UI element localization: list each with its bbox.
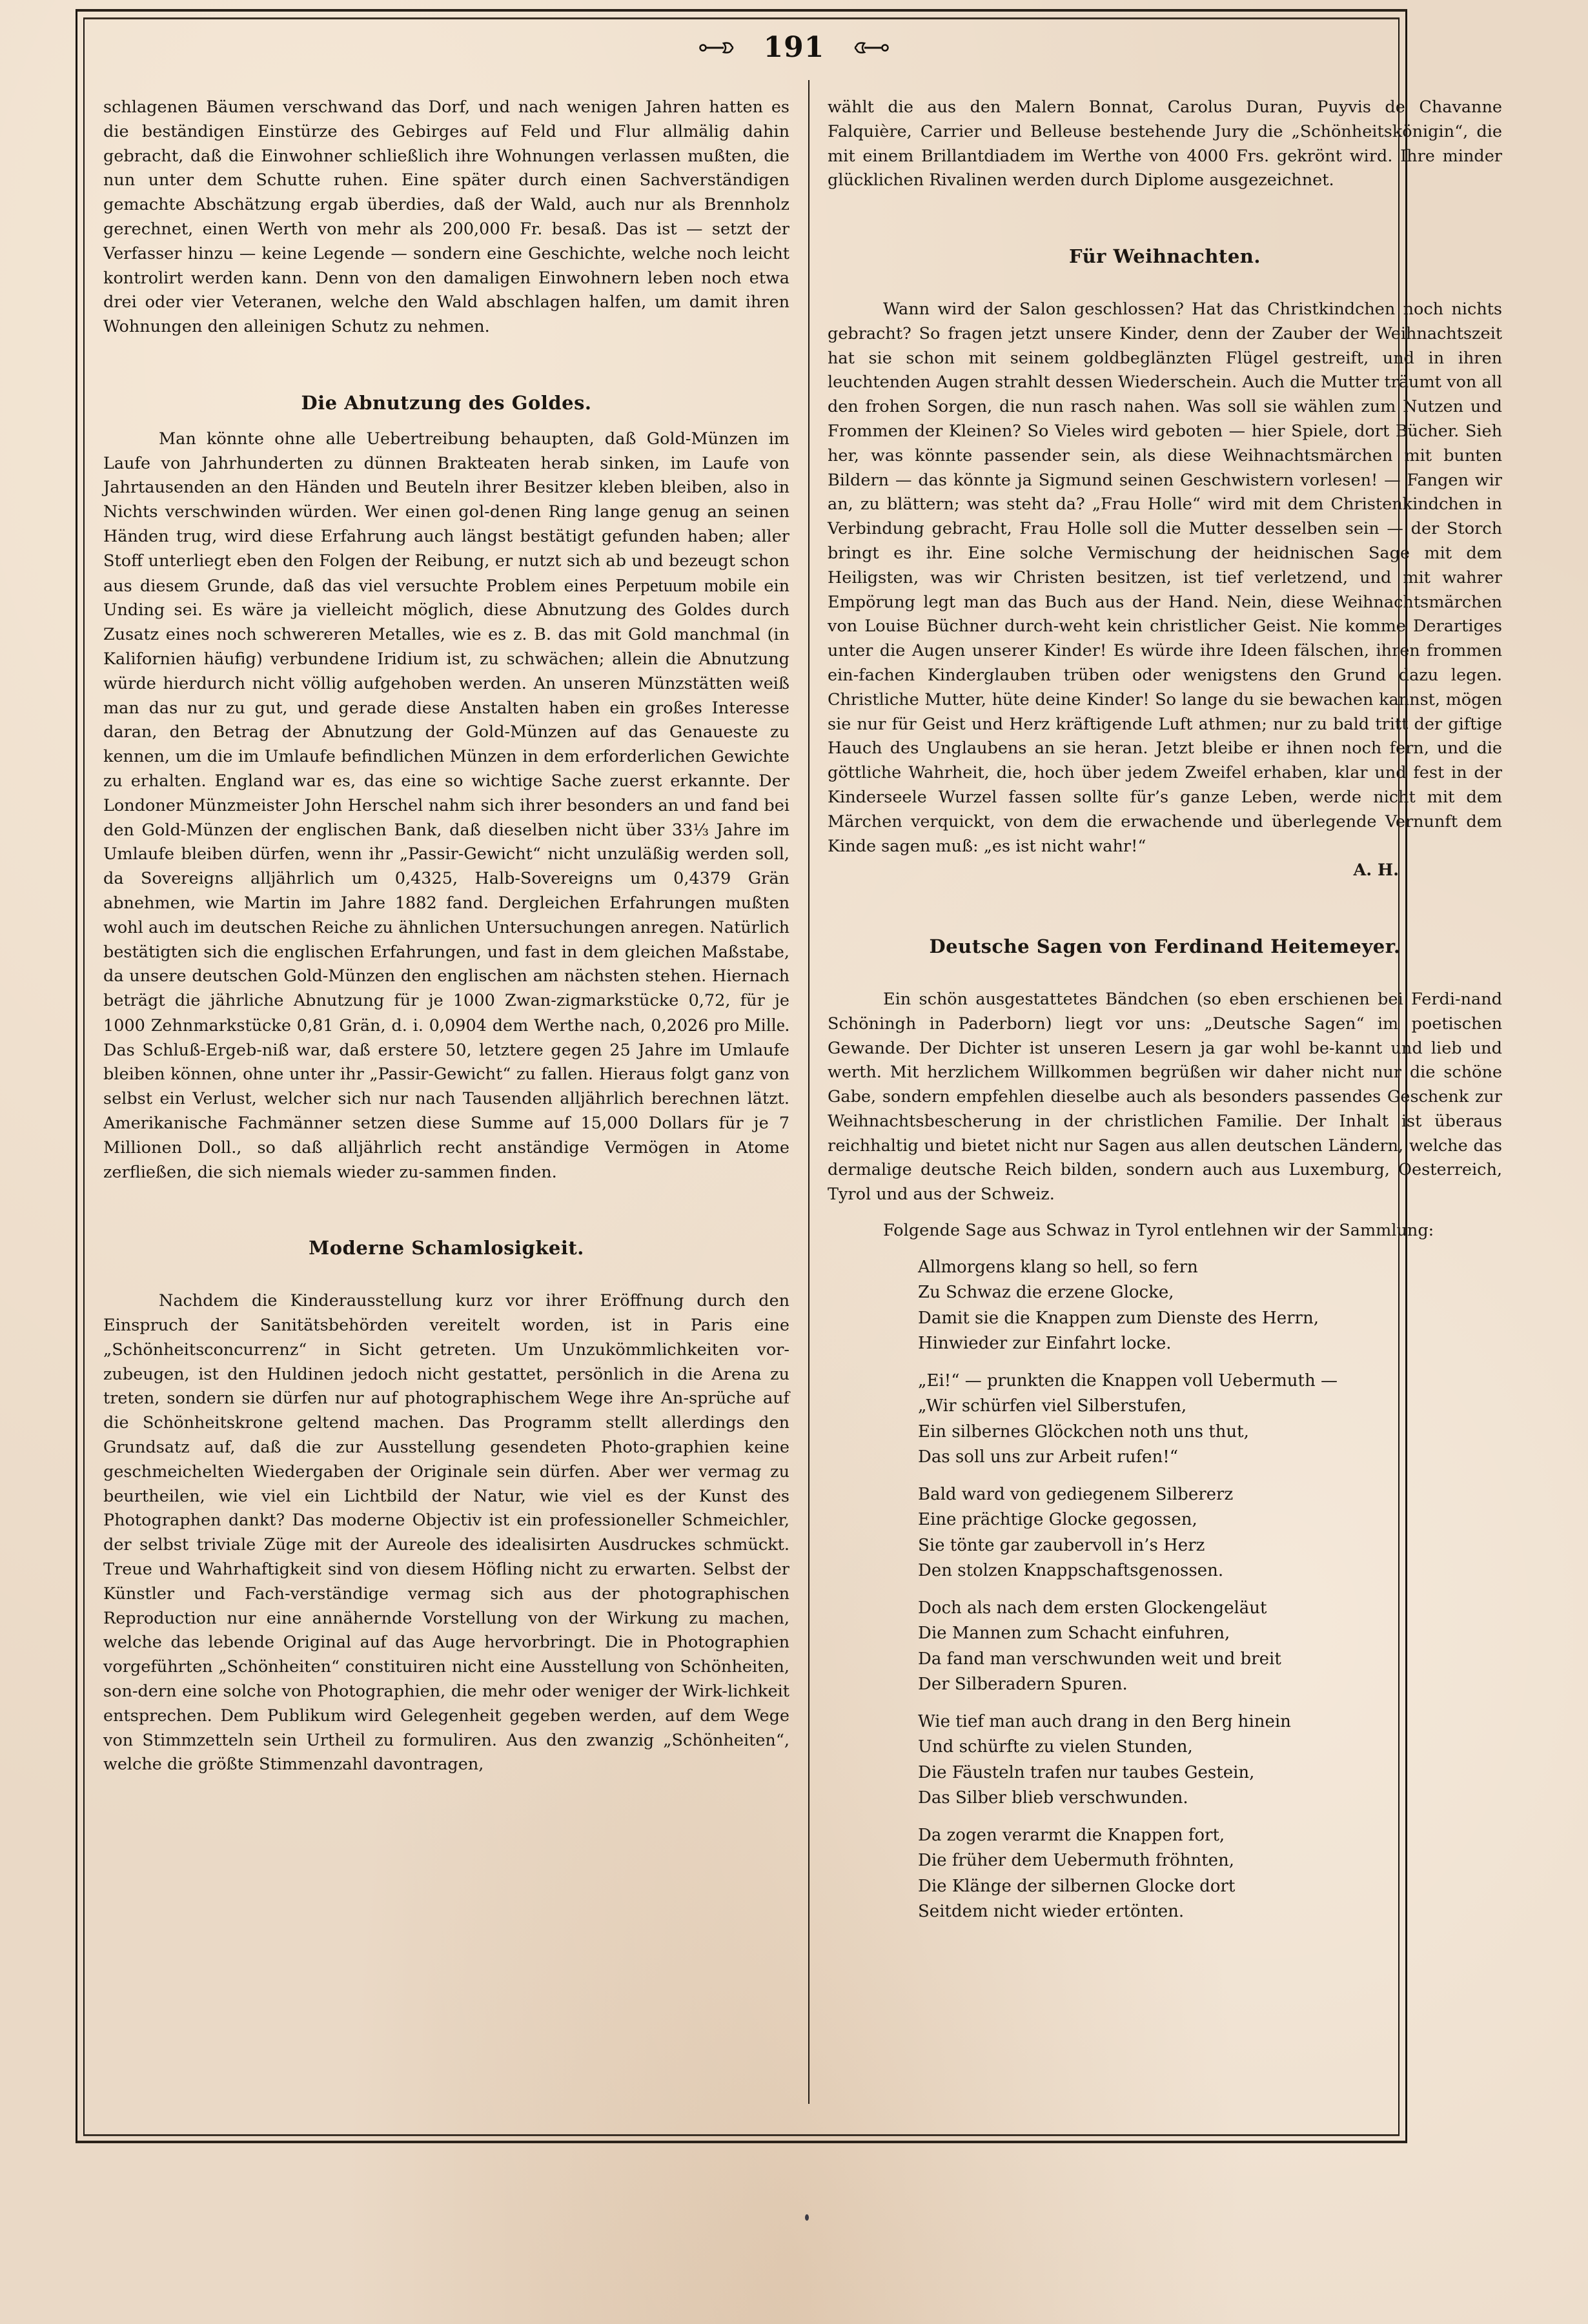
page-header: 191	[0, 31, 1588, 64]
poem-stanza: Da zogen verarmt die Knappen fort, Die f…	[918, 1823, 1502, 1925]
article-body-sagen: Ein schön ausgestattetes Bändchen (so eb…	[828, 988, 1502, 1207]
article-title-shame: Moderne Schamlosigkeit.	[103, 1236, 789, 1261]
continued-paragraph-right: wählt die aus den Malern Bonnat, Carolus…	[828, 96, 1502, 193]
article-body-gold: Man könnte ohne alle Uebertreibung behau…	[103, 427, 789, 1185]
article-title-gold: Die Abnutzung des Goldes.	[103, 391, 789, 416]
article-title-sagen: Deutsche Sagen von Ferdinand Heitemeyer.	[828, 935, 1502, 959]
left-column: schlagenen Bäumen verschwand das Dorf, u…	[103, 96, 789, 1777]
poem-stanza: Allmorgens klang so hell, so fern Zu Sch…	[918, 1255, 1502, 1357]
page-number: 191	[764, 31, 825, 64]
column-divider	[808, 80, 809, 2104]
latin-term: pro Mille.	[714, 1015, 789, 1035]
article-title-christmas: Für Weihnachten.	[828, 245, 1502, 269]
poem-stanza: „Ei!“ — prunkten die Knappen voll Ueberm…	[918, 1369, 1502, 1471]
continued-paragraph: schlagenen Bäumen verschwand das Dorf, u…	[103, 96, 789, 340]
poem-intro: Folgende Sage aus Schwaz in Tyrol entleh…	[828, 1219, 1502, 1243]
latin-term: Perpetuum mobile	[616, 575, 757, 596]
key-ornament-right-icon	[850, 39, 889, 56]
ink-speck	[805, 2214, 809, 2221]
poem-stanza: Doch als nach dem ersten Glockengeläut D…	[918, 1596, 1502, 1698]
newspaper-page: 191 schlagenen Bäumen verschwand das Dor…	[0, 0, 1588, 2324]
author-signature: A. H.	[828, 859, 1502, 883]
article-body-shame: Nachdem die Kinderausstellung kurz vor i…	[103, 1289, 789, 1777]
key-ornament-left-icon	[699, 39, 738, 56]
poem-stanza: Bald ward von gediegenem Silbererz Eine …	[918, 1482, 1502, 1584]
poem: Allmorgens klang so hell, so fern Zu Sch…	[828, 1255, 1502, 1925]
poem-stanza: Wie tief man auch drang in den Berg hine…	[918, 1709, 1502, 1811]
right-column: wählt die aus den Malern Bonnat, Carolus…	[815, 96, 1502, 1937]
article-body-christmas: Wann wird der Salon geschlossen? Hat das…	[828, 298, 1502, 859]
